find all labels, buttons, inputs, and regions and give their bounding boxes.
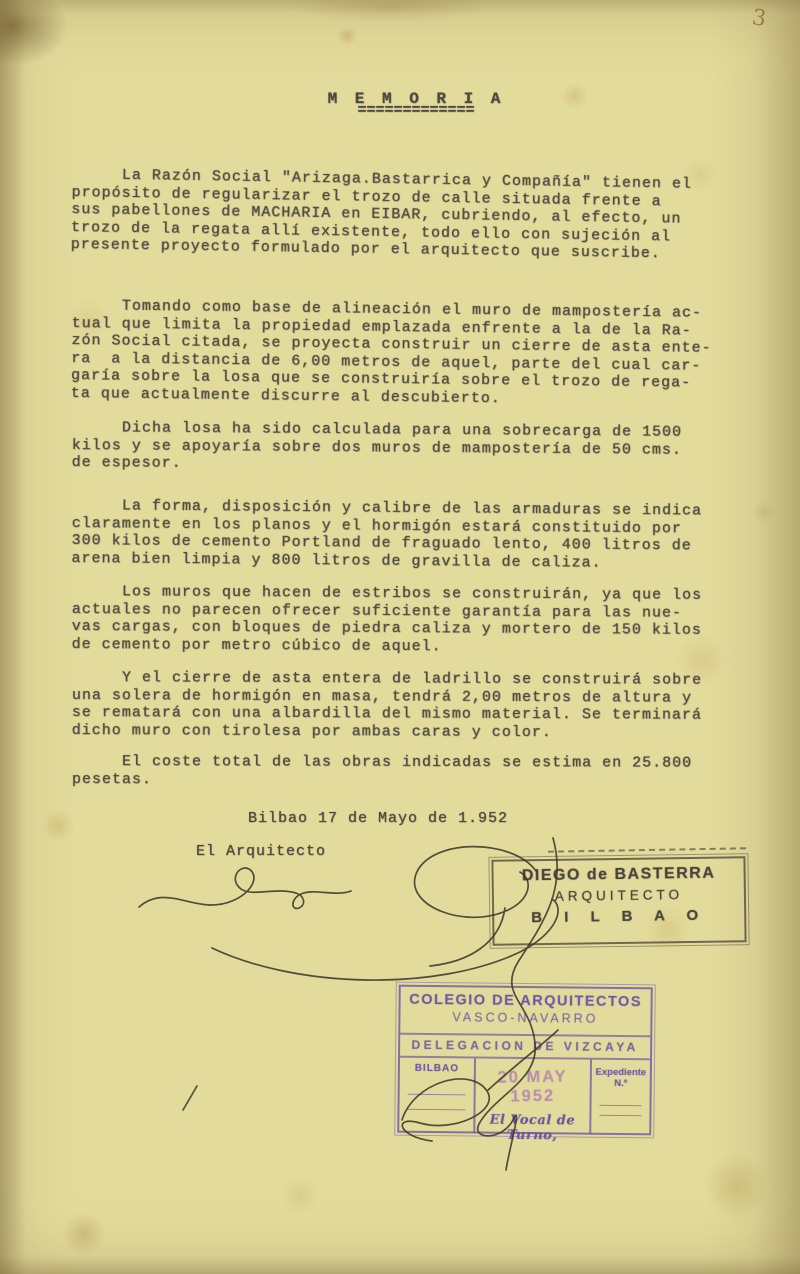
college-stamp-header: COLEGIO DE ARQUITECTOS VASCO-NAVARRO: [400, 987, 650, 1036]
paragraph-6: Y el cierre de asta entera de ladrillo s…: [72, 669, 762, 742]
paragraph-5: Los muros que hacen de estribos se const…: [72, 583, 762, 657]
college-stamp-date-cell: 20 MAY 1952 El Vocal de Turno,: [475, 1058, 590, 1134]
blank-line: [408, 1094, 466, 1096]
blank-line: [407, 1109, 465, 1111]
page-number: 3: [750, 5, 768, 32]
paragraph-2: Tomando como base de alineación el muro …: [71, 297, 762, 410]
college-stamp-office-city: BILBAO: [400, 1063, 474, 1075]
date-stamp: 20 MAY 1952: [475, 1067, 590, 1107]
paragraph-4: La forma, disposición y calibre de las a…: [71, 497, 762, 573]
college-stamp-expediente-cell: Expediente N.º: [589, 1060, 650, 1136]
architect-stamp-name: DIEGO de BASTERRA: [494, 864, 744, 885]
expediente-label: Expediente: [592, 1067, 650, 1079]
vocal-de-turno-label: El Vocal de Turno,: [475, 1112, 589, 1143]
college-stamp-delegation: DELEGACION DE VIZCAYA: [400, 1033, 650, 1061]
signature-name-stroke: [139, 868, 351, 908]
dateline: Bilbao 17 de Mayo de 1.952: [248, 810, 508, 827]
blank-line: [599, 1115, 641, 1116]
architect-stamp-city: B I L B A O: [494, 906, 744, 926]
college-of-architects-stamp: COLEGIO DE ARQUITECTOS VASCO-NAVARRO DEL…: [397, 985, 653, 1136]
college-stamp-org: COLEGIO DE ARQUITECTOS: [401, 992, 651, 1011]
college-stamp-bottom-row: BILBAO 20 MAY 1952 El Vocal de Turno, Ex…: [399, 1058, 650, 1136]
college-stamp-office-cell: BILBAO: [399, 1058, 476, 1134]
paragraph-7: El coste total de las obras indicadas se…: [72, 753, 762, 790]
expediente-number-label: N.º: [592, 1078, 650, 1090]
architect-stamp-role: ARQUITECTO: [494, 886, 744, 904]
blank-line: [600, 1105, 642, 1106]
architect-signoff-label: El Arquitecto: [196, 843, 326, 860]
bottom-left-pen-tick: [183, 1086, 197, 1110]
paragraph-1: La Razón Social "Arizaga.Bastarrica y Co…: [71, 166, 762, 264]
college-stamp-region: VASCO-NAVARRO: [400, 1010, 650, 1027]
stamp-top-dashes: [548, 847, 746, 852]
title-underline: =============: [0, 104, 800, 118]
scanned-document-page: 3 M E M O R I A ============= La Razón S…: [0, 0, 800, 1274]
architect-stamp: DIEGO de BASTERRA ARQUITECTO B I L B A O: [491, 856, 746, 946]
paragraph-3: Dicha losa ha sido calculada para una so…: [72, 419, 762, 477]
